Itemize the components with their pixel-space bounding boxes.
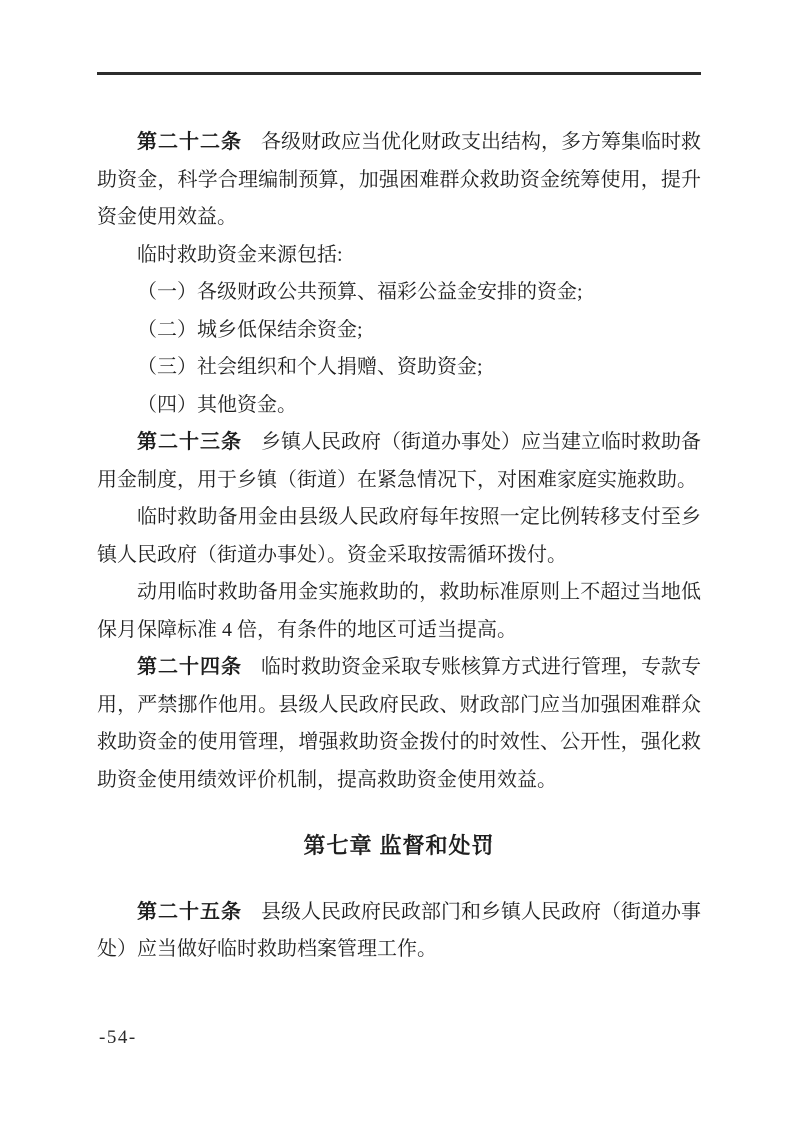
article-number: 第二十四条 bbox=[137, 656, 242, 678]
paragraph-text: 临时救助资金来源包括: bbox=[137, 244, 343, 266]
article-number: 第二十五条 bbox=[137, 901, 242, 923]
article-paragraph: 第二十四条临时救助资金采取专账核算方式进行管理，专款专用，严禁挪作他用。县级人民… bbox=[97, 649, 701, 799]
article-number: 第二十三条 bbox=[137, 431, 242, 453]
page-number: -54- bbox=[99, 1027, 137, 1049]
list-item-text: （三）社会组织和个人捐赠、资助资金; bbox=[137, 356, 483, 378]
body-paragraph: 动用临时救助备用金实施救助的，救助标准原则上不超过当地低保月保障标准 4 倍，有… bbox=[97, 574, 701, 649]
body-paragraph: 临时救助备用金由县级人民政府每年按照一定比例转移支付至乡镇人民政府（街道办事处）… bbox=[97, 499, 701, 574]
document-page: 第二十二条各级财政应当优化财政支出结构，多方筹集临时救助资金，科学合理编制预算，… bbox=[0, 0, 793, 1122]
list-item: （四）其他资金。 bbox=[97, 387, 701, 425]
document-body: 第二十二条各级财政应当优化财政支出结构，多方筹集临时救助资金，科学合理编制预算，… bbox=[97, 124, 701, 969]
header-rule bbox=[97, 72, 701, 75]
list-item-text: （二）城乡低保结余资金; bbox=[137, 319, 363, 341]
list-item: （一）各级财政公共预算、福彩公益金安排的资金; bbox=[97, 274, 701, 312]
chapter-heading: 第七章 监督和处罚 bbox=[97, 827, 701, 865]
list-item-text: （四）其他资金。 bbox=[137, 394, 297, 416]
body-paragraph: 临时救助资金来源包括: bbox=[97, 237, 701, 275]
list-item-text: （一）各级财政公共预算、福彩公益金安排的资金; bbox=[137, 281, 583, 303]
list-item: （三）社会组织和个人捐赠、资助资金; bbox=[97, 349, 701, 387]
article-paragraph: 第二十二条各级财政应当优化财政支出结构，多方筹集临时救助资金，科学合理编制预算，… bbox=[97, 124, 701, 237]
paragraph-text: 临时救助备用金由县级人民政府每年按照一定比例转移支付至乡镇人民政府（街道办事处）… bbox=[97, 506, 701, 566]
article-paragraph: 第二十五条县级人民政府民政部门和乡镇人民政府（街道办事处）应当做好临时救助档案管… bbox=[97, 894, 701, 969]
article-paragraph: 第二十三条乡镇人民政府（街道办事处）应当建立临时救助备用金制度，用于乡镇（街道）… bbox=[97, 424, 701, 499]
article-number: 第二十二条 bbox=[137, 131, 242, 153]
paragraph-text: 动用临时救助备用金实施救助的，救助标准原则上不超过当地低保月保障标准 4 倍，有… bbox=[97, 581, 701, 641]
list-item: （二）城乡低保结余资金; bbox=[97, 312, 701, 350]
